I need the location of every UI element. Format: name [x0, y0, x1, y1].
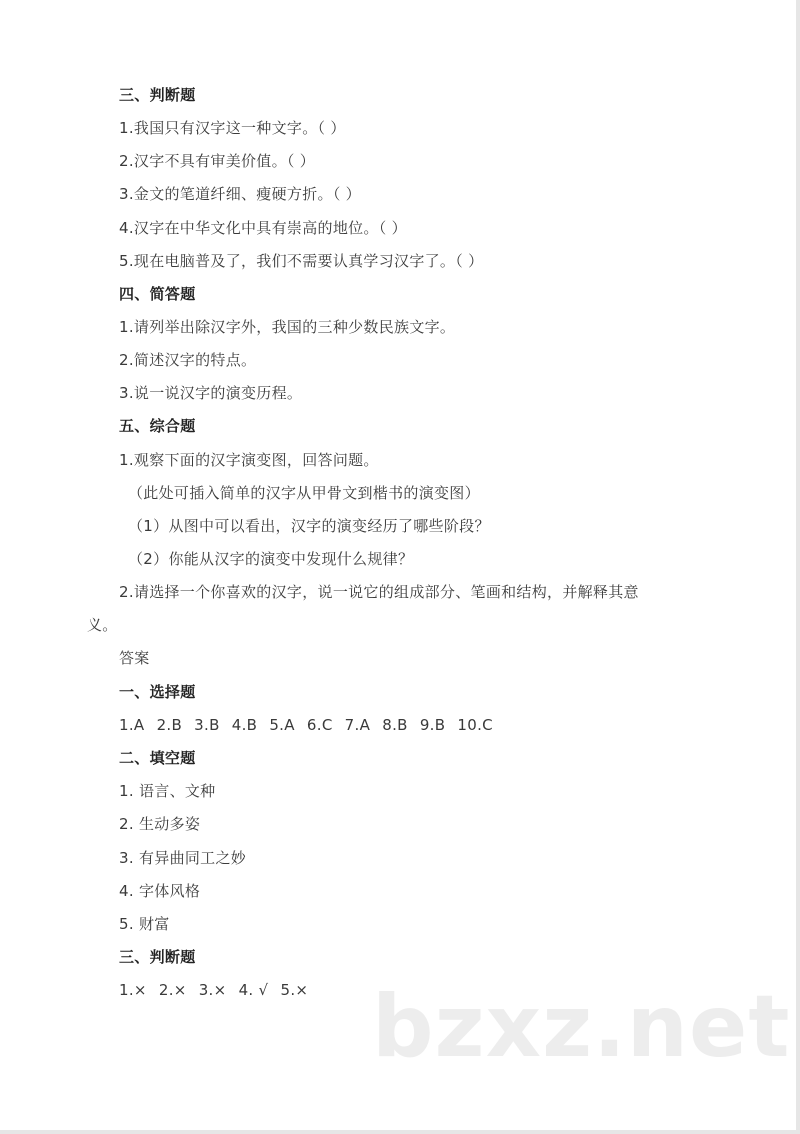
answer-item: 9.B — [420, 716, 446, 734]
question-item: 4.汉字在中华文化中具有崇高的地位。（ ） — [119, 218, 407, 238]
answer-item: 10.C — [457, 716, 493, 734]
sub-question: （2）你能从汉字的演变中发现什么规律？ — [128, 549, 413, 569]
answer-item: 4. 字体风格 — [119, 881, 200, 901]
question-item: 2.简述汉字的特点。 — [119, 350, 256, 370]
answer-item: 3.B — [194, 716, 220, 734]
question-item: 3.说一说汉字的演变历程。 — [119, 383, 302, 403]
question-item: 2.汉字不具有审美价值。（ ） — [119, 151, 315, 171]
answer-item: 8.B — [382, 716, 408, 734]
answer-item: 7.A — [345, 716, 370, 734]
answer-item: 1. 语言、文种 — [119, 781, 215, 801]
answer-heading-choice: 一、选择题 — [119, 682, 196, 702]
question-item: 1.我国只有汉字这一种文字。（ ） — [119, 118, 346, 138]
watermark: bzxz.net — [372, 982, 790, 1072]
answer-item: 4.B — [232, 716, 258, 734]
question-item-continuation: 义。 — [87, 615, 118, 635]
judgment-answers: 1.× 2.× 3.× 4. √ 5.× — [119, 980, 315, 1000]
question-item: 1.请列举出除汉字外，我国的三种少数民族文字。 — [119, 317, 455, 337]
answer-item: 1.A — [119, 716, 144, 734]
question-item: 2.请选择一个你喜欢的汉字，说一说它的组成部分、笔画和结构，并解释其意 — [119, 582, 639, 602]
answer-heading-judgment: 三、判断题 — [119, 947, 196, 967]
answer-item: 5. 财富 — [119, 914, 170, 934]
question-item: 3.金文的笔道纤细、瘦硬方折。（ ） — [119, 184, 361, 204]
choice-answers: 1.A 2.B 3.B 4.B 5.A 6.C 7.A 8.B 9.B 10.C — [119, 715, 500, 735]
answer-item: 1.× — [119, 981, 147, 999]
document-page: 三、判断题 1.我国只有汉字这一种文字。（ ） 2.汉字不具有审美价值。（ ） … — [0, 0, 800, 1134]
section-heading-short-answer: 四、简答题 — [119, 284, 196, 304]
answer-item: 2. 生动多姿 — [119, 814, 200, 834]
section-heading-judgment: 三、判断题 — [119, 85, 196, 105]
answer-item: 2.× — [159, 981, 187, 999]
answer-item: 3. 有异曲同工之妙 — [119, 848, 246, 868]
section-heading-comprehensive: 五、综合题 — [119, 416, 196, 436]
answer-heading-fill: 二、填空题 — [119, 748, 196, 768]
answer-item: 3.× — [199, 981, 227, 999]
answer-item: 5.× — [281, 981, 309, 999]
answer-item: 6.C — [307, 716, 333, 734]
answer-item: 2.B — [157, 716, 183, 734]
question-item: 1.观察下面的汉字演变图，回答问题。 — [119, 450, 379, 470]
sub-question: （1）从图中可以看出，汉字的演变经历了哪些阶段？ — [128, 516, 490, 536]
answer-item: 5.A — [269, 716, 294, 734]
answers-title: 答案 — [119, 648, 150, 668]
answer-item: 4. √ — [239, 981, 269, 999]
question-item: 5.现在电脑普及了，我们不需要认真学习汉字了。（ ） — [119, 251, 483, 271]
question-note: （此处可插入简单的汉字从甲骨文到楷书的演变图） — [128, 483, 480, 503]
